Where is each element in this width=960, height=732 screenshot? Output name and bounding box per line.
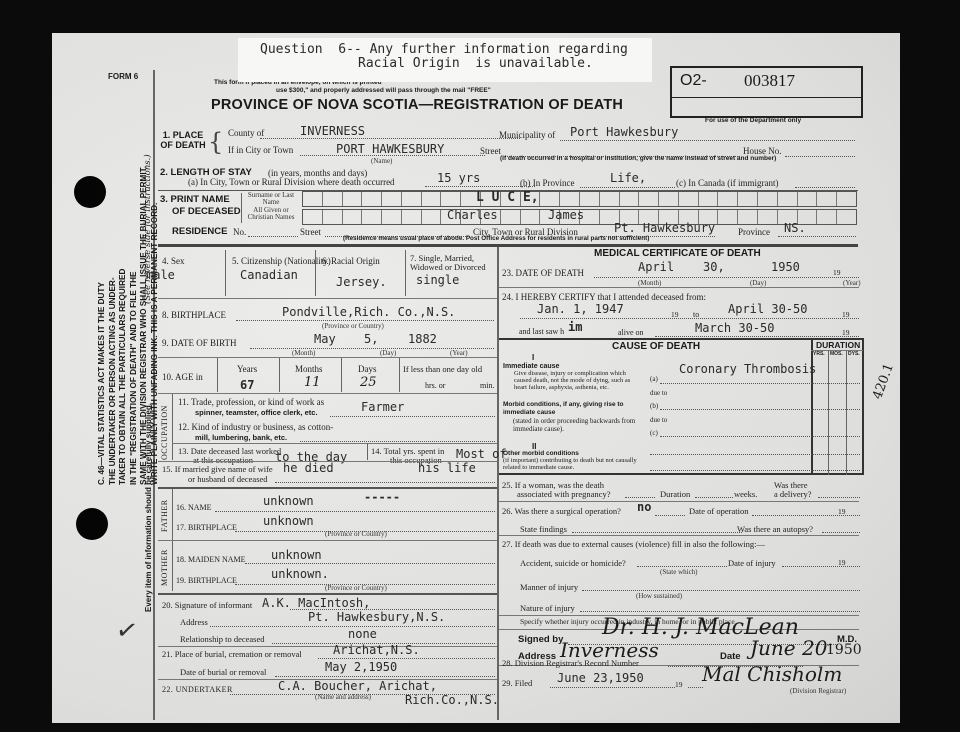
stay-city-label: (a) In City, Town or Rural Division wher…	[188, 177, 395, 187]
dob-year: 1882	[408, 332, 437, 346]
sex-label: 4. Sex	[162, 256, 185, 266]
injury-date-label: Date of injury	[728, 558, 776, 568]
duration-heading: DURATION	[816, 340, 860, 350]
attended-from-nineteen: 19	[671, 310, 679, 319]
stay-canada-label: (c) In Canada (if immigrant)	[676, 178, 778, 188]
mother-maiden-label: 18. MAIDEN NAME	[176, 555, 246, 564]
duration-col-yrs: YRS.	[813, 351, 825, 357]
less-than-day-label: If less than one day old	[403, 364, 482, 374]
marital-status-value: single	[416, 273, 459, 287]
mother-section-label: MOTHER	[160, 549, 169, 586]
age-years-label: Years	[237, 364, 257, 374]
spouse-label-1: 15. If married give name of wife	[162, 464, 273, 474]
dob-label: 9. DATE OF BIRTH	[162, 338, 236, 348]
father-name-dashes: -----	[364, 490, 400, 504]
signoff-date-signature: June 20	[750, 636, 827, 660]
attended-from-value: Jan. 1, 1947	[537, 302, 624, 316]
birthplace-value: Pondville,Rich. Co.,N.S.	[282, 305, 455, 319]
registrar-signature: Mal Chisholm	[702, 662, 842, 686]
stay-city-value: 15 yrs	[437, 171, 480, 185]
accident-label: Accident, suicide or homicide?	[520, 558, 626, 568]
injury-nineteen: 19	[838, 558, 846, 567]
mother-birthplace-hint: (Province or Country)	[325, 584, 387, 592]
age-months-value: 11	[304, 375, 321, 390]
residence-note: (Residence means usual place of abode. P…	[343, 235, 649, 242]
father-name-value: unknown	[263, 494, 314, 508]
attached-note-slip: Question 6-- Any further information reg…	[238, 38, 652, 82]
operation-date-label: Date of operation	[689, 506, 748, 516]
county-value: INVERNESS	[300, 124, 365, 138]
undertaker-line-1: C.A. Boucher, Arichat,	[278, 679, 437, 693]
racial-origin-value: Jersey.	[336, 275, 387, 289]
signoff-date-year: 1950	[826, 642, 862, 658]
citizenship-value: Canadian	[240, 268, 298, 282]
municipality-value: Port Hawkesbury	[570, 125, 678, 139]
place-of-death-label: 1. PLACE OF DEATH	[160, 131, 206, 150]
alive-on-label: alive on	[618, 328, 644, 337]
signoff-date-label: Date	[720, 651, 741, 662]
citizenship-label: 5. Citizenship (Nationality)	[232, 256, 331, 266]
informant-signature-label: 20. Signature of informant	[162, 600, 252, 610]
residence-no-label: No.	[233, 227, 246, 237]
death-year-hint: (Year)	[843, 279, 861, 287]
duration-col-mos: MOS.	[830, 351, 843, 357]
dob-day-hint: (Day)	[380, 349, 396, 357]
spouse-overflow-2: his life	[418, 461, 476, 475]
residence-province-label: Province	[738, 227, 770, 237]
death-month-hint: (Month)	[638, 279, 661, 287]
mother-birthplace-value: unknown.	[271, 567, 329, 581]
birthplace-hint: (Province or Country)	[322, 322, 384, 330]
relationship-value: none	[348, 627, 377, 641]
morbid-conditions-label: Morbid conditions, if any, giving rise t…	[503, 401, 643, 416]
mailing-notice-2: use $300," and properly addressed will p…	[276, 87, 491, 94]
death-day-hint: (Day)	[750, 279, 766, 287]
immediate-cause-desc: Give disease, injury or complication whi…	[514, 371, 644, 391]
informant-address-label: Address	[180, 617, 208, 627]
death-year: 1950	[771, 260, 800, 274]
relationship-label: Relationship to deceased	[180, 634, 265, 644]
spouse-label-2: or husband of deceased	[188, 474, 268, 484]
section-i-label: I	[532, 353, 534, 362]
age-years-value: 67	[240, 378, 254, 392]
street-label: Street	[480, 146, 501, 156]
due-to-label-2: due to	[650, 416, 667, 424]
spouse-overflow-1: he died	[283, 461, 334, 475]
age-label: 10. AGE in	[162, 372, 203, 382]
registration-number: 003817	[744, 71, 795, 91]
form-number: FORM 6	[108, 72, 138, 81]
nature-label: Nature of injury	[520, 603, 575, 613]
cause-b-label: (b)	[650, 402, 658, 410]
last-saw-nineteen: 19	[842, 328, 850, 337]
last-saw-date: March 30-50	[695, 321, 774, 335]
print-name-label-2: OF DECEASED	[172, 206, 241, 217]
marital-status-label: 7. Single, Married, Widowed or Divorced	[410, 254, 496, 272]
dob-day: 5,	[364, 332, 378, 346]
residence-city-value: Pt. Hawkesbury	[614, 221, 715, 235]
age-days-label: Days	[358, 364, 377, 374]
signed-by-label: Signed by	[518, 634, 563, 645]
stay-province-label: (b) In Province	[520, 178, 574, 188]
medical-heading: MEDICAL CERTIFICATE OF DEATH	[594, 248, 761, 259]
q27-label: 27. If death was due to external causes …	[502, 539, 765, 549]
manner-label: Manner of injury	[520, 582, 578, 592]
hospital-note: (If death occurred in a hospital or inst…	[500, 155, 776, 162]
other-conditions-desc: (if important) contributing to death but…	[503, 457, 643, 471]
death-month: April	[638, 260, 674, 274]
father-name-label: 16. NAME	[176, 503, 212, 512]
supply-note: Every item of information should be care…	[144, 403, 153, 612]
county-label: County of	[228, 128, 264, 138]
q26-value: no	[637, 500, 651, 514]
death-day: 30,	[703, 260, 725, 274]
findings-label: State findings	[520, 524, 567, 534]
q25-label-2: associated with pregnancy?	[517, 489, 610, 499]
burial-date-label: Date of burial or removal	[180, 667, 266, 677]
surname-grid	[302, 191, 857, 207]
burial-date-value: May 2,1950	[325, 660, 397, 674]
city-value: PORT HAWKESBURY	[336, 142, 444, 156]
immediate-cause-label: Immediate cause	[503, 363, 559, 370]
brace-icon: {	[208, 128, 223, 156]
autopsy-label: Was there an autopsy?	[737, 524, 813, 534]
q26-label: 26. Was there a surgical operation?	[502, 506, 621, 516]
date-of-death-label: 23. DATE OF DEATH	[502, 268, 584, 278]
father-birthplace-value: unknown	[263, 514, 314, 528]
form-title: PROVINCE OF NOVA SCOTIA—REGISTRATION OF …	[211, 97, 623, 113]
surname-label: Surname or Last Name	[246, 192, 296, 206]
hrs-label: hrs. or	[425, 381, 445, 390]
industry-label-1: 12. Kind of industry or business, as cot…	[178, 422, 333, 432]
last-saw-label: and last saw h	[519, 327, 564, 336]
filed-nineteen: 19	[675, 680, 683, 689]
how-sustained-hint: (How sustained)	[636, 592, 682, 600]
punch-hole-bottom	[76, 508, 108, 540]
dob-month-hint: (Month)	[292, 349, 315, 357]
state-which-hint: (State which)	[660, 568, 698, 576]
city-label: If in City or Town	[228, 145, 293, 155]
father-birthplace-label: 17. BIRTHPLACE	[176, 523, 237, 532]
birthplace-label: 8. BIRTHPLACE	[162, 310, 226, 320]
dob-year-hint: (Year)	[450, 349, 468, 357]
age-days-value: 25	[360, 375, 377, 390]
surname-value: L U C E,	[476, 190, 539, 205]
name-hint: (Name)	[371, 157, 392, 165]
attended-to-label: to	[693, 310, 699, 319]
operation-nineteen: 19	[838, 507, 846, 516]
cause-c-label: (c)	[650, 429, 658, 437]
burial-place-value: Arichat,N.S.	[333, 643, 420, 657]
registration-number-box: O2- 003817	[670, 66, 863, 118]
residence-label: RESIDENCE	[172, 226, 227, 237]
occupation-section-label: OCCUPATION	[160, 405, 169, 460]
cause-a-label: (a)	[650, 375, 658, 383]
mother-birthplace-label: 19. BIRTHPLACE	[176, 576, 237, 585]
undertaker-label: 22. UNDERTAKER	[162, 685, 233, 694]
sex-value: male	[146, 268, 175, 282]
department-use-label: For use of the Department only	[705, 117, 801, 124]
municipality-label: Municipality of	[499, 130, 555, 140]
burial-place-label: 21. Place of burial, cremation or remova…	[162, 649, 302, 659]
min-label: min.	[480, 381, 494, 390]
attended-to-value: April 30-50	[728, 302, 807, 316]
given-first-value: Charles	[447, 208, 498, 222]
pregnancy-duration-label: Duration	[660, 489, 690, 499]
last-saw-pronoun: im	[568, 320, 582, 334]
delivery-label-2: a delivery?	[774, 489, 812, 499]
given-middle-value: James	[548, 208, 584, 222]
death-year-prefix: 19	[833, 268, 841, 277]
filed-date: June 23,1950	[557, 671, 644, 685]
father-section-label: FATHER	[160, 499, 169, 532]
given-names-label: All Given or Christian Names	[246, 207, 296, 221]
trade-label-1: 11. Trade, profession, or kind of work a…	[178, 397, 324, 407]
cause-a-value: Coronary Thrombosis	[679, 362, 816, 376]
note-line-1: Question 6-- Any further information reg…	[260, 42, 628, 57]
certify-label: 24. I HEREBY CERTIFY that I attended dec…	[502, 292, 706, 302]
print-name-label-1: 3. PRINT NAME	[160, 194, 230, 205]
undertaker-hint: (Name and address)	[315, 693, 371, 701]
due-to-label-1: due to	[650, 389, 667, 397]
cause-heading: CAUSE OF DEATH	[612, 341, 700, 352]
residence-street-label: Street	[300, 227, 321, 237]
other-conditions-label: Other morbid conditions	[503, 450, 579, 457]
note-line-2: Racial Origin is unavailable.	[358, 56, 593, 71]
trade-label-2: spinner, teamster, office clerk, etc.	[195, 408, 318, 417]
dob-month: May	[314, 332, 336, 346]
informant-signature-value: A.K. MacIntosh,	[262, 596, 370, 610]
father-birthplace-hint: (Province or Country)	[325, 530, 387, 538]
residence-province-value: NS.	[784, 221, 806, 235]
registrar-record-label: 28. Division Registrar's Record Number	[502, 658, 639, 668]
mother-maiden-value: unknown	[271, 548, 322, 562]
age-months-label: Months	[295, 364, 323, 374]
registrar-hint: (Division Registrar)	[790, 687, 846, 695]
duration-col-dys: DYS.	[848, 351, 860, 357]
informant-address-value: Pt. Hawkesbury,N.S.	[308, 610, 445, 624]
trade-value: Farmer	[361, 400, 404, 414]
industry-label-2: mill, lumbering, bank, etc.	[195, 433, 287, 442]
weeks-label: weeks.	[734, 489, 757, 499]
attended-to-nineteen: 19	[842, 310, 850, 319]
stay-province-value: Life,	[610, 171, 646, 185]
registration-prefix: O2-	[680, 72, 707, 90]
undertaker-line-2: Rich.Co.,N.S.	[405, 693, 499, 707]
filed-label: 29. Filed	[502, 678, 532, 688]
morbid-conditions-desc: (stated in order proceeding backwards fr…	[513, 417, 643, 433]
racial-origin-label: 6. Racial Origin	[322, 256, 380, 266]
